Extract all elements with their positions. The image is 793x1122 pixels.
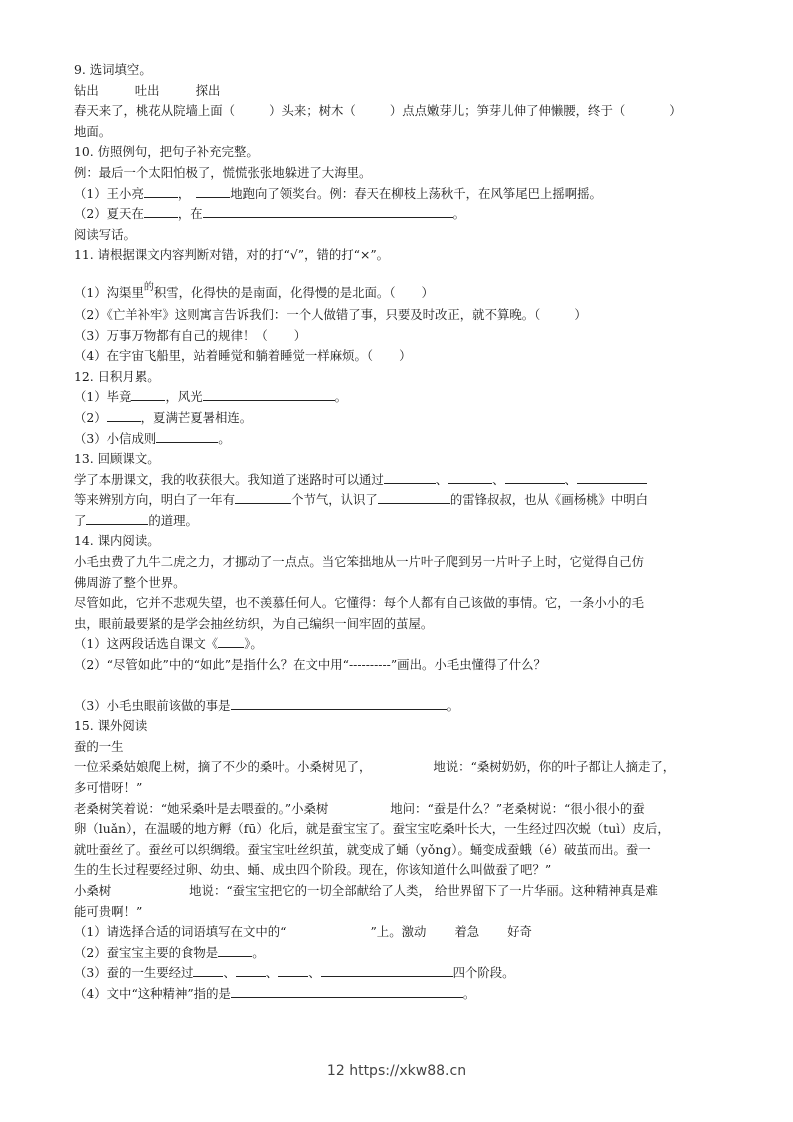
q13-text: 学了本册课文，我的收获很大。我知道了迷路时可以通过 — [74, 472, 384, 487]
q13-blank[interactable] — [378, 490, 450, 504]
q10-item-2: （2）夏天在，在。 — [74, 204, 724, 225]
q15-title: 15. 课外阅读 — [74, 716, 724, 737]
q12-item-3: （3）小信成则。 — [74, 429, 724, 450]
q11-item-1: （1）沟渠里的积雪，化得快的是南面，化得慢的是北面。（） — [74, 274, 724, 301]
q12-text: （2） — [74, 410, 107, 425]
q15-passage-line: 一位采桑姑娘爬上树，摘了不少的桑叶。小桑树见了，地说：“桑树奶奶，你的叶子都让人… — [74, 757, 724, 778]
q10-text: （2）夏天在 — [74, 206, 144, 221]
q14-blank[interactable] — [231, 696, 447, 710]
q15-passage-line: 能可贵啊！” — [74, 902, 724, 923]
q10-text: ， — [178, 186, 190, 201]
q10-text: ，在 — [178, 206, 203, 221]
q15-story-title: 蚕的一生 — [74, 737, 724, 758]
q12-item-2: （2），夏满芒夏暑相连。 — [74, 408, 724, 429]
q15-text: （1）请选择合适的词语填写在文中的“ — [74, 924, 286, 939]
q10-text: （1）王小亮 — [74, 186, 144, 201]
q14-answer-space[interactable] — [74, 676, 724, 696]
q10-title: 10. 仿照例句，把句子补充完整。 — [74, 142, 724, 163]
q11-text: ） — [574, 307, 586, 322]
q15-text: （2）蚕宝宝主要的食物是 — [74, 945, 218, 960]
q10-text: 地跑向了领奖台。例：春天在柳枝上荡秋千，在风筝尾巴上摇啊摇。 — [230, 186, 602, 201]
q15-blank[interactable] — [231, 984, 463, 998]
q11-item-3: （3）万事万物都有自己的规律！（） — [74, 326, 724, 347]
q14-passage-line: 佛周游了整个世界。 — [74, 573, 724, 594]
q10-example: 例：最后一个太阳怕极了，慌慌张张地躲进了大海里。 — [74, 163, 724, 184]
q15-blank[interactable] — [193, 963, 223, 977]
q15-text: ”上。激动 — [370, 924, 426, 939]
q11-text: 积雪，化得快的是南面，化得慢的是北面。（ — [154, 285, 396, 300]
q11-item-2: （2）《亡羊补牢》这则寓言告诉我们：一个人做错了事，只要及时改正，就不算晚。（） — [74, 305, 724, 326]
q15-separator: 、 — [223, 965, 235, 980]
q15-text: 地问：“蚕是什么？”老桑树说：“很小很小的蚕 — [390, 801, 644, 816]
q14-passage-line: 尽管如此，它并不悲观失望，也不羡慕任何人。它懂得：每个人都有自己该做的事情。它，… — [74, 593, 724, 614]
q12-text: （3）小信成则 — [74, 431, 156, 446]
q15-text: 地说：“蚕宝宝把它的一切全部献给了人类， 给世界留下了一片华丽。这种精神真是难 — [189, 883, 658, 898]
q14-title: 14. 课内阅读。 — [74, 531, 724, 552]
q9-option: 钻出 — [74, 83, 99, 98]
q9-text: ）头来；树木（ — [269, 103, 356, 118]
q14-passage-line: 虫，眼前最要紧的是学会抽丝纺织，为自己编织一间牢固的茧屋。 — [74, 614, 724, 635]
q13-text: 的雷锋叔叔，也从《画杨桃》中明白 — [450, 492, 648, 507]
q14-text: 》。 — [244, 636, 263, 651]
q13-blank[interactable] — [505, 470, 565, 484]
q14-text: 。 — [447, 698, 459, 713]
q14-blank[interactable] — [218, 634, 244, 648]
q15-text: 老桑树笑着说：“她采桑叶是去喂蚕的。”小桑树 — [74, 801, 328, 816]
q13-line-3: 了的道理。 — [74, 511, 724, 532]
q10-blank[interactable] — [144, 184, 178, 198]
q15-blank[interactable] — [236, 963, 266, 977]
q15-text: 四个阶段。 — [453, 965, 515, 980]
q15-item-4: （4）文中“这种精神”指的是。 — [74, 984, 724, 1005]
q13-text: 了 — [74, 513, 86, 528]
q15-item-2: （2）蚕宝宝主要的食物是。 — [74, 943, 724, 964]
footer-url[interactable]: https://xkw88.cn — [349, 1063, 466, 1079]
q12-blank[interactable] — [107, 408, 141, 422]
q15-blank[interactable] — [321, 963, 453, 977]
q15-text: （4）文中“这种精神”指的是 — [74, 986, 231, 1001]
q12-text: （1）毕竟 — [74, 389, 131, 404]
q9-text: 春天来了，桃花从院墙上面（ — [74, 103, 235, 118]
q15-text: 小桑树 — [74, 883, 111, 898]
q11-superscript: 的 — [144, 282, 154, 293]
section-heading-reading-writing: 阅读写话。 — [74, 225, 724, 246]
q12-item-1: （1）毕竟，风光。 — [74, 387, 724, 408]
q10-blank[interactable] — [144, 204, 178, 218]
q13-line-1: 学了本册课文，我的收获很大。我知道了迷路时可以通过、、、 — [74, 470, 724, 491]
q13-separator: 、 — [436, 472, 448, 487]
q15-text: 一位采桑姑娘爬上树，摘了不少的桑叶。小桑树见了， — [74, 759, 371, 774]
q11-item-4: （4）在宇宙飞船里，站着睡觉和躺着睡觉一样麻烦。（） — [74, 346, 724, 367]
q11-text: ） — [421, 285, 433, 300]
q15-option: 好奇 — [507, 924, 532, 939]
q15-text: 。 — [463, 986, 475, 1001]
q15-separator: 、 — [308, 965, 320, 980]
q9-sentence: 春天来了，桃花从院墙上面（）头来；树木（）点点嫩芽儿；笋芽儿伸了伸懒腰，终于（） — [74, 101, 724, 122]
q10-blank[interactable] — [196, 184, 230, 198]
q11-text: （4）在宇宙飞船里，站着睡觉和躺着睡觉一样麻烦。（ — [74, 348, 373, 363]
q14-text: （3）小毛虫眼前该做的事是 — [74, 698, 231, 713]
q15-passage-line: 多可惜呀！” — [74, 778, 724, 799]
q15-option: 着急 — [454, 924, 479, 939]
q10-blank[interactable] — [203, 204, 453, 218]
q10-item-1: （1）王小亮，地跑向了领奖台。例：春天在柳枝上荡秋千，在风筝尾巴上摇啊摇。 — [74, 184, 724, 205]
worksheet-page: 9. 选词填空。 钻出吐出探出 春天来了，桃花从院墙上面（）头来；树木（）点点嫩… — [74, 60, 724, 1005]
q15-item-1: （1）请选择合适的词语填写在文中的“”上。激动着急好奇 — [74, 922, 724, 943]
q9-option: 吐出 — [135, 83, 160, 98]
q11-title: 11. 请根据课文内容判断对错，对的打“√”，错的打“×”。 — [74, 245, 724, 266]
page-number: 12 — [327, 1063, 345, 1079]
q9-text: ） — [669, 103, 681, 118]
q10-text: 。 — [453, 206, 465, 221]
q13-blank[interactable] — [384, 470, 436, 484]
q11-text: （1）沟渠里 — [74, 285, 144, 300]
q12-blank[interactable] — [203, 387, 335, 401]
q14-item-3: （3）小毛虫眼前该做的事是。 — [74, 696, 724, 717]
q12-text: 。 — [218, 431, 230, 446]
q15-text: 。 — [252, 945, 264, 960]
q15-text: （3）蚕的一生要经过 — [74, 965, 193, 980]
q15-blank[interactable] — [218, 943, 252, 957]
q12-title: 12. 日积月累。 — [74, 367, 724, 388]
q13-text: 的道理。 — [148, 513, 198, 528]
q15-passage-line: 卵（luǎn），在温暖的地方孵（fū）化后，就是蚕宝宝了。蚕宝宝吃桑叶长大，一生… — [74, 819, 724, 840]
q15-item-3: （3）蚕的一生要经过、、、四个阶段。 — [74, 963, 724, 984]
q13-line-2: 等来辨别方向，明白了一年有个节气，认识了的雷锋叔叔，也从《画杨桃》中明白 — [74, 490, 724, 511]
q13-separator: 、 — [492, 472, 504, 487]
q15-passage-line: 老桑树笑着说：“她采桑叶是去喂蚕的。”小桑树地问：“蚕是什么？”老桑树说：“很小… — [74, 799, 724, 820]
q15-separator: 、 — [266, 965, 278, 980]
q13-blank[interactable] — [235, 490, 291, 504]
q13-separator: 、 — [565, 472, 577, 487]
q12-text: 。 — [335, 389, 347, 404]
q14-text: （1）这两段话选自课文《 — [74, 636, 218, 651]
q14-item-2: （2）“尽管如此”中的“如此”是指什么？在文中用“----------”画出。小… — [74, 655, 724, 676]
q15-text: 地说：“桑树奶奶，你的叶子都让人摘走了， — [433, 759, 675, 774]
q15-passage-line: 小桑树地说：“蚕宝宝把它的一切全部献给了人类， 给世界留下了一片华丽。这种精神真… — [74, 881, 724, 902]
q13-blank[interactable] — [86, 511, 148, 525]
q15-passage-line: 生的生长过程要经过卵、幼虫、蛹、成虫四个阶段。现在，你该知道什么叫做蚕了吧？” — [74, 860, 724, 881]
q11-text: （2）《亡羊补牢》这则寓言告诉我们：一个人做错了事，只要及时改正，就不算晚。（ — [74, 307, 540, 322]
q12-blank[interactable] — [156, 429, 218, 443]
q9-text: ）点点嫩芽儿；笋芽儿伸了伸懒腰，终于（ — [390, 103, 625, 118]
q9-title: 9. 选词填空。 — [74, 60, 724, 81]
q13-text: 个节气，认识了 — [291, 492, 378, 507]
q12-blank[interactable] — [131, 387, 165, 401]
q12-text: ，风光 — [165, 389, 202, 404]
q13-title: 13. 回顾课文。 — [74, 449, 724, 470]
q12-text: ，夏满芒夏暑相连。 — [141, 410, 253, 425]
q11-text: ） — [294, 328, 306, 343]
q14-item-1: （1）这两段话选自课文《》。 — [74, 634, 724, 655]
q13-text: 等来辨别方向，明白了一年有 — [74, 492, 235, 507]
q9-options: 钻出吐出探出 — [74, 81, 724, 102]
q15-blank[interactable] — [278, 963, 308, 977]
q11-text: （3）万事万物都有自己的规律！（ — [74, 328, 268, 343]
q9-sentence-end: 地面。 — [74, 122, 724, 143]
page-footer: 12 https://xkw88.cn — [0, 1063, 793, 1079]
q15-passage-line: 就吐蚕丝了。蚕丝可以织绸缎。蚕宝宝吐丝织茧，就变成了蛹（yǒng）。蛹变成蚕蛾（… — [74, 840, 724, 861]
q11-text: ） — [399, 348, 411, 363]
q14-passage-line: 小毛虫费了九牛二虎之力，才挪动了一点点。当它笨拙地从一片叶子爬到另一片叶子上时，… — [74, 552, 724, 573]
q13-blank[interactable] — [448, 470, 492, 484]
q13-blank[interactable] — [577, 470, 647, 484]
q9-option: 探出 — [196, 83, 221, 98]
